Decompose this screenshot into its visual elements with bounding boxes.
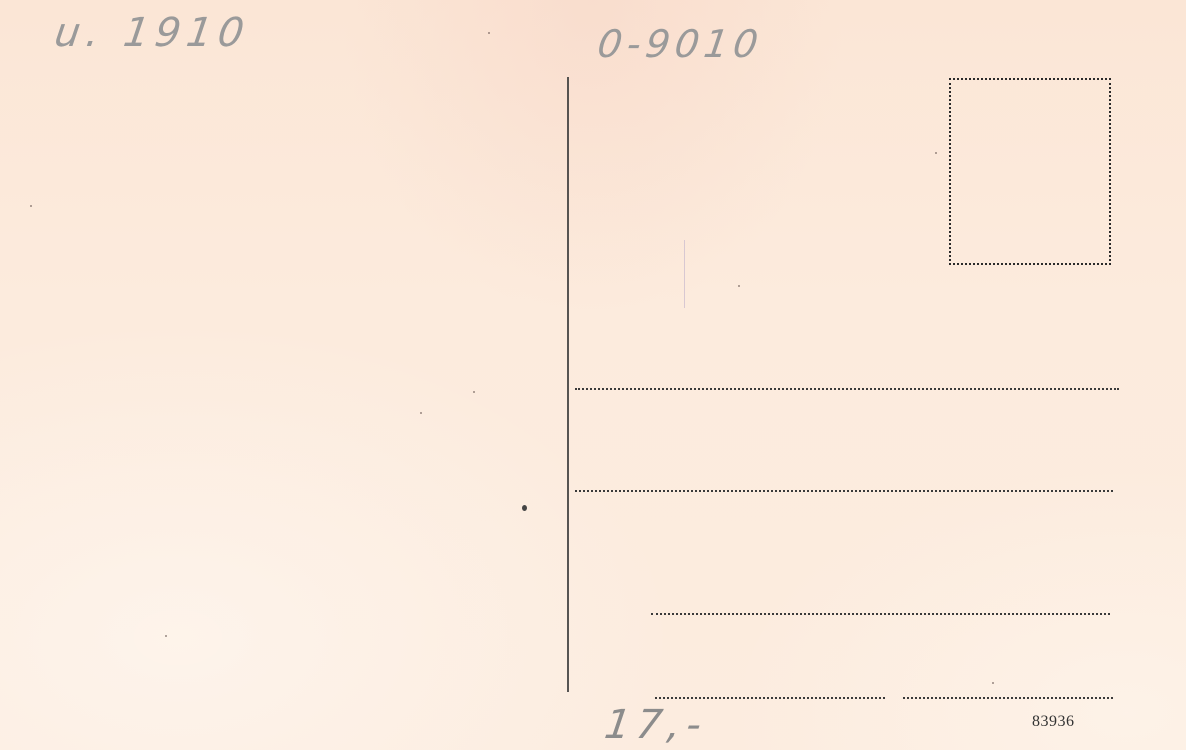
handwritten-price-note: 17,- xyxy=(602,702,711,748)
paper-dot xyxy=(992,682,994,684)
paper-dot xyxy=(935,152,937,154)
printed-serial-number: 83936 xyxy=(1032,713,1075,731)
address-line-4-left xyxy=(655,697,885,699)
paper-dot xyxy=(473,391,475,393)
faint-paper-mark xyxy=(684,240,685,308)
paper-speck xyxy=(522,505,527,511)
paper-dot xyxy=(165,635,167,637)
postcard-back: u. 1910 0-9010 17,- 83936 xyxy=(0,0,1186,750)
handwritten-reference-note: 0-9010 xyxy=(595,22,766,66)
stamp-box xyxy=(949,78,1111,265)
address-line-3 xyxy=(651,613,1110,615)
paper-dot xyxy=(420,412,422,414)
address-line-1 xyxy=(575,388,1119,390)
message-address-divider xyxy=(567,77,569,692)
address-line-2 xyxy=(575,490,1113,492)
paper-dot xyxy=(488,32,490,34)
paper-dot xyxy=(30,205,32,207)
handwritten-date-note: u. 1910 xyxy=(52,10,253,56)
paper-dot xyxy=(738,285,740,287)
address-line-4-right xyxy=(903,697,1113,699)
